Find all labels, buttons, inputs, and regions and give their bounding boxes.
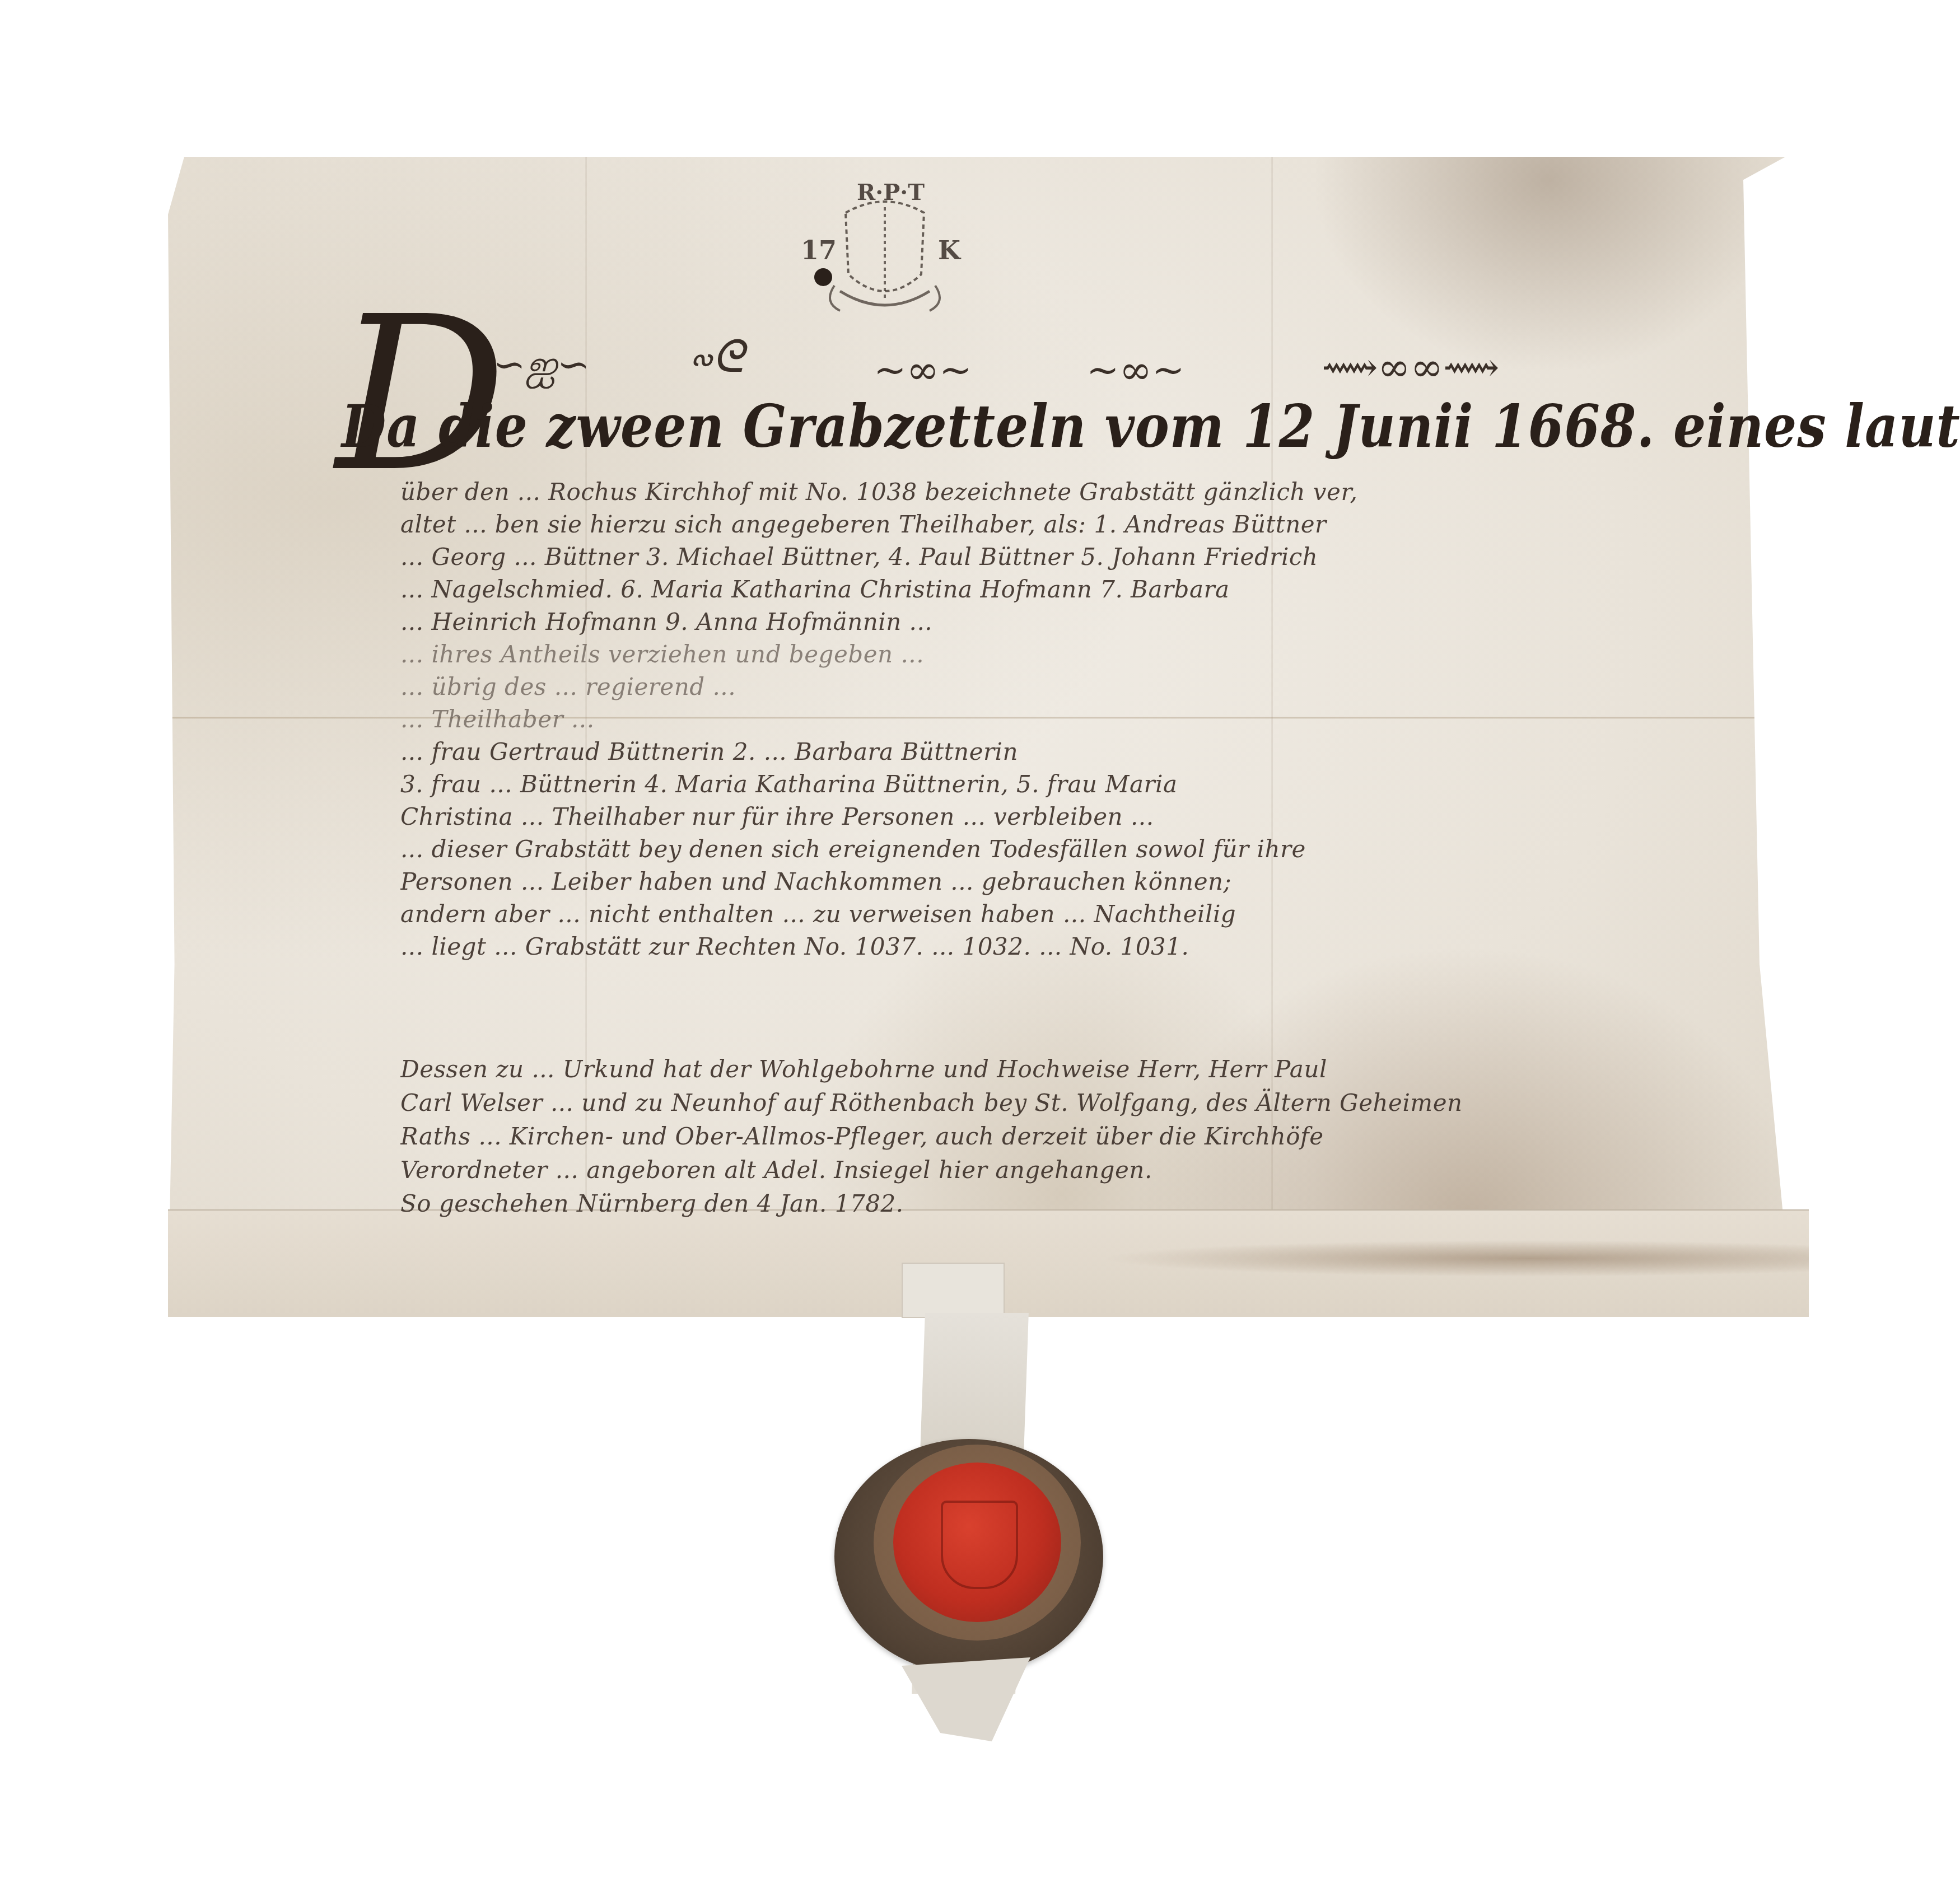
- seal-strip-tail: [902, 1657, 1030, 1741]
- body-text: über den ... Rochus Kirchhof mit No. 103…: [400, 476, 1784, 963]
- text-line: 3. frau ... Büttnerin 4. Maria Katharina…: [400, 768, 1784, 801]
- text-line: Verordneter ... angeboren alt Adel. Insi…: [400, 1153, 1784, 1187]
- closing-text: Dessen zu ... Urkund hat der Wohlgebohrn…: [400, 1053, 1784, 1221]
- text-line: andern aber ... nicht enthalten ... zu v…: [400, 898, 1784, 931]
- text-line: ... Georg ... Büttner 3. Michael Büttner…: [400, 541, 1784, 573]
- seal-crest-icon: [941, 1501, 1018, 1589]
- tax-stamp: R·P·T 17 K: [801, 179, 969, 325]
- flourish-ornament: ~∞~: [874, 347, 972, 393]
- text-line: ... Heinrich Hofmann 9. Anna Hofmännin .…: [400, 606, 1784, 638]
- seal-tag-slot: [902, 1263, 1005, 1318]
- text-line: ... liegt ... Grabstätt zur Rechten No. …: [400, 931, 1784, 963]
- text-line: Raths ... Kirchen- und Ober-Allmos-Pfleg…: [400, 1120, 1784, 1153]
- text-line: altet ... ben sie hierzu sich angegebere…: [400, 508, 1784, 541]
- flourish-ornament: ~∞~: [1086, 347, 1185, 393]
- photo-stage: R·P·T 17 K ∽ஐ∽ ∾ᘓ ~∞~ ~∞~ ⟿∞∞⟿ D Da die …: [0, 0, 1960, 1883]
- text-line: ... dieser Grabstätt bey denen sich erei…: [400, 833, 1784, 866]
- text-line: ... Nagelschmied. 6. Maria Katharina Chr…: [400, 573, 1784, 606]
- stamp-letters: R·P·T: [857, 179, 925, 205]
- text-line: ... frau Gertraud Büttnerin 2. ... Barba…: [400, 736, 1784, 768]
- text-line: ... Theilhaber ...: [400, 703, 1784, 736]
- text-line: über den ... Rochus Kirchhof mit No. 103…: [400, 476, 1784, 508]
- document-heading: Da die zween Grabzetteln vom 12 Junii 16…: [342, 392, 1613, 470]
- flourish-ornament: ∽ஐ∽: [493, 342, 590, 393]
- stamp-right-mark: K: [938, 235, 960, 265]
- text-line: Carl Welser ... und zu Neunhof auf Röthe…: [400, 1086, 1784, 1120]
- flourish-ornament: ∾ᘓ: [689, 330, 744, 383]
- text-line: Dessen zu ... Urkund hat der Wohlgebohrn…: [400, 1053, 1784, 1086]
- date-line: So geschehen Nürnberg den 4 Jan. 1782.: [400, 1187, 1784, 1221]
- text-line: Christina ... Theilhaber nur für ihre Pe…: [400, 801, 1784, 833]
- stamp-left-mark: 17: [801, 235, 837, 265]
- text-line: ... übrig des ... regierend ...: [400, 671, 1784, 703]
- text-line: Personen ... Leiber haben und Nachkommen…: [400, 866, 1784, 898]
- flourish-ornament: ⟿∞∞⟿: [1322, 344, 1499, 390]
- text-line: ... ihres Antheils verziehen und begeben…: [400, 638, 1784, 671]
